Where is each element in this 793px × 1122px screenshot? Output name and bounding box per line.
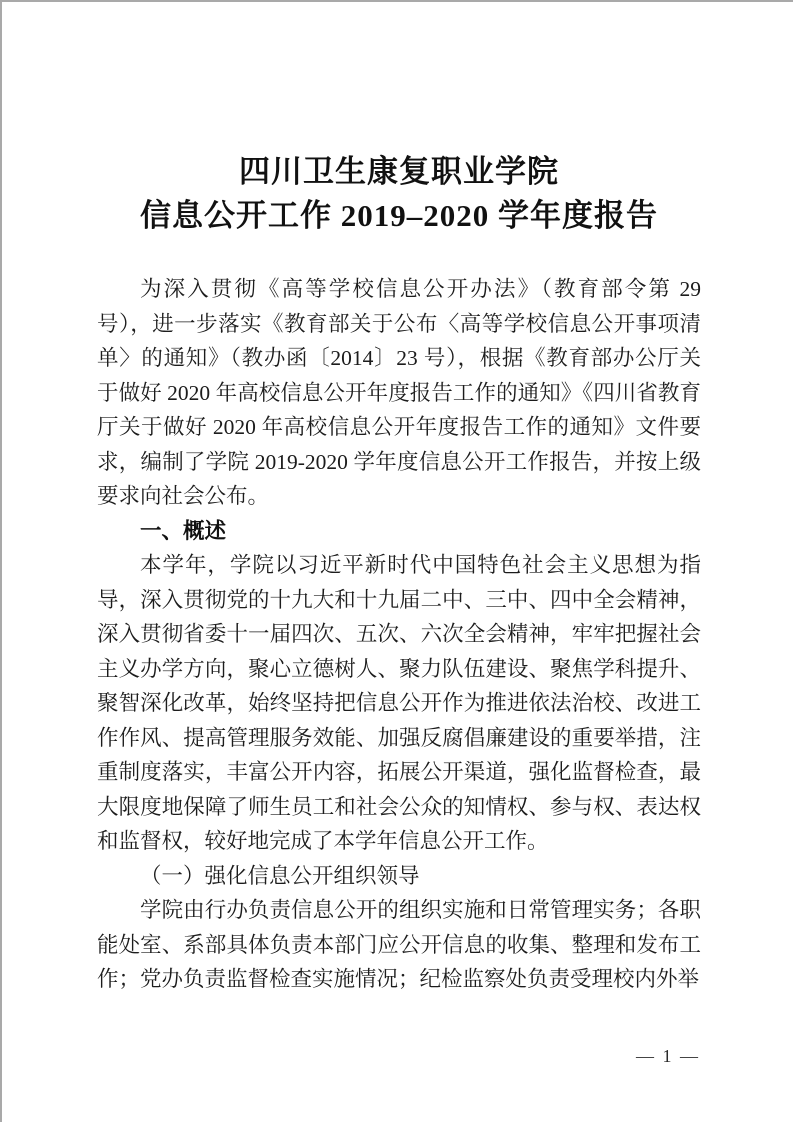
title-line-1: 四川卫生康复职业学院 bbox=[239, 154, 559, 189]
page-number: — 1 — bbox=[636, 1046, 700, 1067]
document-page: 四川卫生康复职业学院 信息公开工作 2019–2020 学年度报告 为深入贯彻《… bbox=[0, 0, 793, 1122]
page-title: 四川卫生康复职业学院 信息公开工作 2019–2020 学年度报告 bbox=[97, 150, 701, 238]
intro-paragraph: 为深入贯彻《高等学校信息公开办法》（教育部令第 29 号），进一步落实《教育部关… bbox=[97, 272, 701, 514]
section-heading-overview: 一、概述 bbox=[97, 514, 701, 549]
organization-paragraph: 学院由行办负责信息公开的组织实施和日常管理实务；各职能处室、系部具体负责本部门应… bbox=[97, 893, 701, 997]
document-content: 四川卫生康复职业学院 信息公开工作 2019–2020 学年度报告 为深入贯彻《… bbox=[2, 2, 793, 997]
overview-paragraph: 本学年，学院以习近平新时代中国特色社会主义思想为指导，深入贯彻党的十九大和十九届… bbox=[97, 548, 701, 859]
subsection-heading-organization: （一）强化信息公开组织领导 bbox=[97, 859, 701, 894]
title-line-2: 信息公开工作 2019–2020 学年度报告 bbox=[140, 198, 658, 233]
